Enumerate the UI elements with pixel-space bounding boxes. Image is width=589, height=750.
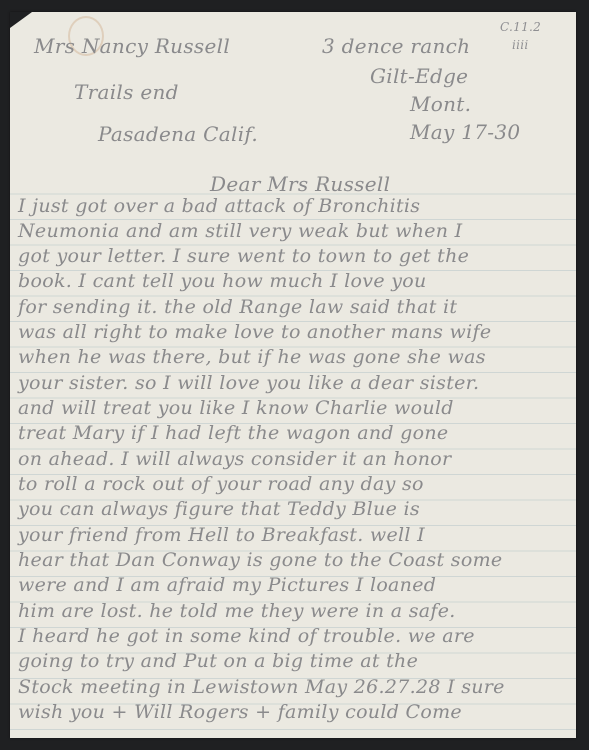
body-line: Neumonia and am still very weak but when… [18, 220, 462, 242]
body-line: I just got over a bad attack of Bronchit… [18, 195, 420, 217]
archive-mark: C.11.2 [500, 20, 541, 34]
body-line: wish you + Will Rogers + family could Co… [18, 701, 462, 723]
archive-sub-mark: iiii [512, 38, 529, 52]
body-line: to roll a rock out of your road any day … [18, 473, 424, 495]
body-line: for sending it. the old Range law said t… [18, 296, 457, 318]
body-line: you can always figure that Teddy Blue is [18, 498, 420, 520]
body-line: when he was there, but if he was gone sh… [18, 346, 486, 368]
letter-page: C.11.2 iiii Mrs Nancy Russell Trails end… [10, 12, 576, 738]
body-line: I heard he got in some kind of trouble. … [18, 625, 475, 647]
body-line: your friend from Hell to Breakfast. well… [18, 524, 425, 546]
recipient-address-line1: Trails end [74, 80, 179, 104]
body-line: on ahead. I will always consider it an h… [18, 448, 451, 470]
body-line: him are lost. he told me they were in a … [18, 600, 456, 622]
body-line: going to try and Put on a big time at th… [18, 650, 418, 672]
body-line: hear that Dan Conway is gone to the Coas… [18, 549, 502, 571]
body-line: was all right to make love to another ma… [18, 321, 491, 343]
body-line: treat Mary if I had left the wagon and g… [18, 422, 448, 444]
salutation: Dear Mrs Russell [210, 172, 390, 196]
sender-town: Gilt-Edge [370, 64, 468, 88]
body-line: and will treat you like I know Charlie w… [18, 397, 454, 419]
recipient-address-line2: Pasadena Calif. [98, 122, 258, 146]
body-line: your sister. so I will love you like a d… [18, 372, 479, 394]
folded-corner [10, 12, 32, 28]
recipient-name: Mrs Nancy Russell [34, 34, 230, 58]
body-line: book. I cant tell you how much I love yo… [18, 270, 427, 292]
sender-state: Mont. [410, 92, 471, 116]
body-line: got your letter. I sure went to town to … [18, 245, 469, 267]
body-line: Stock meeting in Lewistown May 26.27.28 … [18, 676, 505, 698]
sender-ranch: 3 dence ranch [322, 34, 470, 58]
body-line: were and I am afraid my Pictures I loane… [18, 574, 436, 596]
letter-date: May 17-30 [410, 120, 520, 144]
